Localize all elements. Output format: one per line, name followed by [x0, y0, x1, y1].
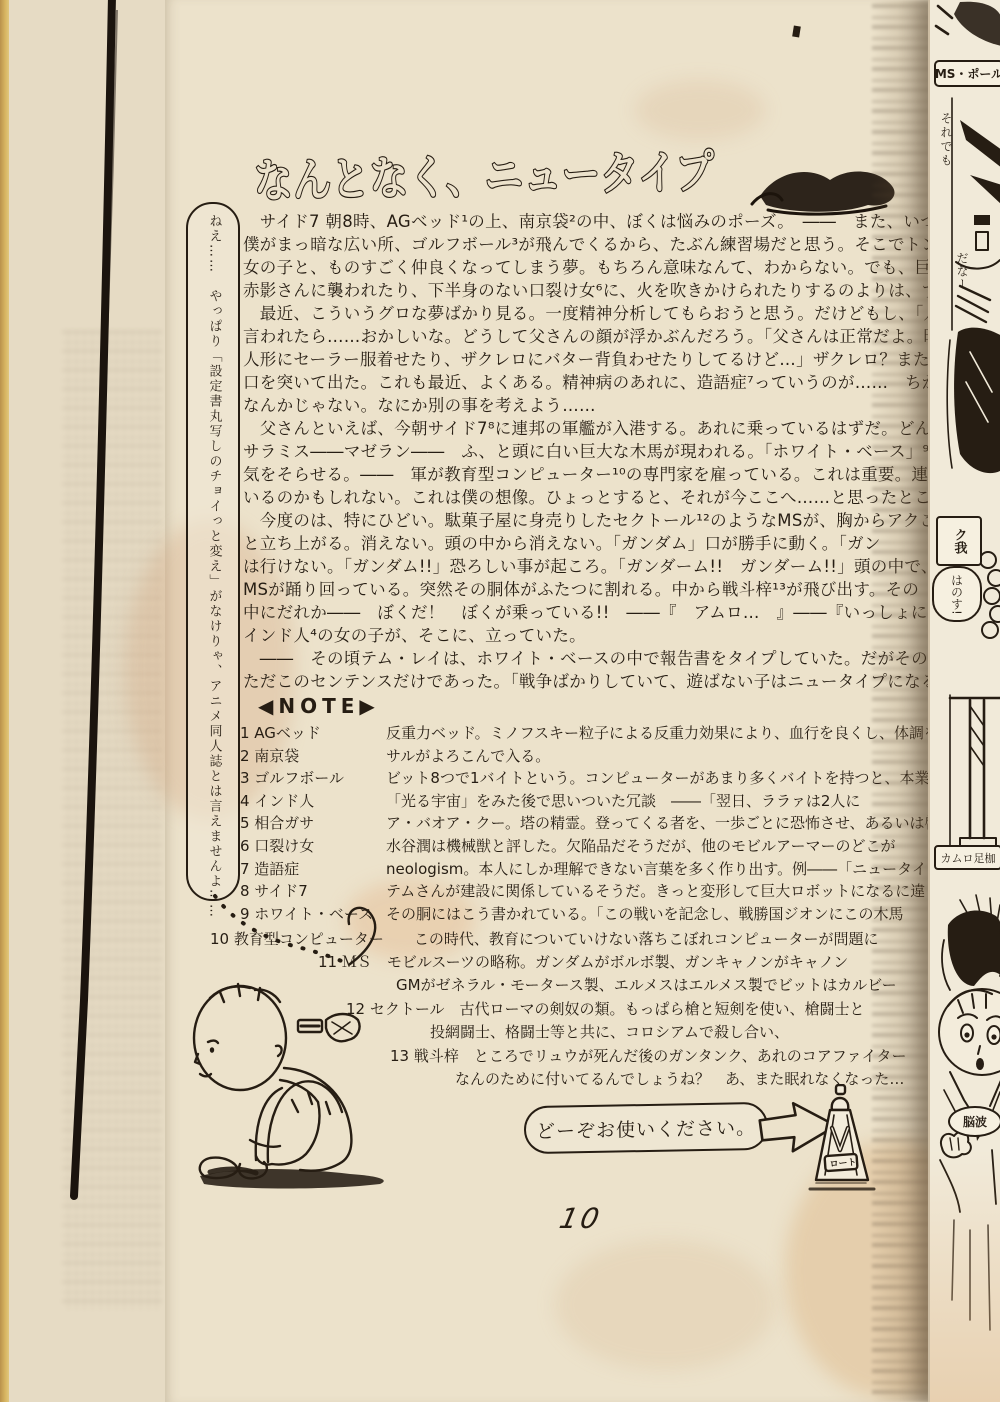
note-desc: サルがよろこんで入る。	[386, 745, 950, 768]
margin-note-bubble: ねえ…… やっぱり「設定書丸写しのチョイっと変え」がなけりゃ、アニメ同人誌とは言…	[186, 202, 240, 901]
note-row: 1 AGベッド 反重力ベッド。ミノフスキー粒子による反重力効果により、血行を良く…	[240, 722, 950, 745]
comic-speech-fragment-1: ク我	[936, 516, 982, 566]
body-line: MSが踊り回っている。突然その胴体がふたつに割れる。中から戦斗梓¹³が飛び出す。…	[243, 578, 945, 601]
body-line: 気をそらせる。―― 軍が教育型コンピューター¹⁰の専門家を雇っている。これは重要…	[243, 463, 945, 486]
note-row: 2 南京袋 サルがよろこんで入る。	[240, 745, 950, 768]
note-desc: neologism。本人にしか理解できない言葉を多く作り出す。例――「ニュータイ…	[386, 858, 950, 881]
sitting-boy-illustration	[180, 950, 430, 1195]
comic-caption-fragment: だなー	[954, 252, 971, 291]
body-line: と立ち上がる。消えない。頭の中から消えない。「ガンダム」口が勝手に動く。「ガン	[243, 532, 945, 555]
margin-note-text: ねえ…… やっぱり「設定書丸写しのチョイっと変え」がなけりゃ、アニメ同人誌とは言…	[206, 204, 221, 919]
body-line: 人形にセーラー服着せたり、ザクレロにバター背負わせたりしてるけど…」ザクレロ？ま…	[243, 348, 945, 371]
body-line: インド人⁴の女の子が、そこに、立っていた。	[243, 624, 945, 647]
note-desc: テムさんが建設に関係しているそうだ。きっと変形して巨大ロボットになるに違	[386, 880, 950, 903]
next-page-comic-edge: MS・ポール それでも だなー ク我 はのす! カムロ足枷 脳波	[928, 0, 1000, 1402]
eyedrop-bottle-illustration: ロート	[796, 1084, 888, 1196]
comic-panel-label-top: MS・ポール	[934, 60, 1000, 87]
comic-speech-text: ク我	[950, 528, 969, 554]
note-row: 6 口裂け女 水谷潤は機械獣と評した。欠陥品だそうだが、他のモビルアーマーのどこ…	[240, 835, 950, 858]
note-term: 4 インド人	[240, 790, 386, 813]
body-line: 今度のは、特にひどい。駄菓子屋に身売りしたセクトール¹²のようなMSが、胸からア…	[243, 509, 945, 532]
note-term: 1 AGベッド	[240, 722, 386, 745]
comic-caption-soredemo: それでも	[938, 112, 955, 168]
note-desc: ビット8つで1バイトという。コンピューターがあまり多くバイトを持つと、本業がおろ…	[386, 767, 950, 790]
body-line: 僕がまっ暗な広い所、ゴルフボール³が飛んでくるから、たぶん練習場だと思う。そこで…	[243, 233, 945, 256]
body-line: 女の子と、ものすごく仲良くなってしまう夢。もちろん意味なんて、わからない。でも、…	[243, 256, 945, 279]
note-desc: 反重力ベッド。ミノフスキー粒子による反重力効果により、血行を良くし、体調を整える…	[386, 722, 950, 745]
body-line: 赤影さんに襲われたり、下半身のない口裂け女⁶に、火を吹きかけられたりするのよりは…	[243, 279, 945, 302]
note-term: 6 口裂け女	[240, 835, 386, 858]
body-line: ―― その頃テム・レイは、ホワイト・ベースの中で報告書をタイプしていた。だがその…	[243, 647, 945, 670]
censor-scribble	[748, 158, 900, 218]
note-desc: 水谷潤は機械獣と評した。欠陥品だそうだが、他のモビルアーマーのどこが	[386, 835, 950, 858]
body-line: 中にだれか―― ぼくだ！ ぼくが乗っている!! ――『 アムロ… 』――『いっし…	[243, 601, 945, 624]
note-row: 7 造語症 neologism。本人にしか理解できない言葉を多く作り出す。例――…	[240, 858, 950, 881]
body-line: 言われたら……おかしいな。どうして父さんの顔が浮かぶんだろう。「父さんは正常だよ…	[243, 325, 945, 348]
comic-speech-text: はのす!	[949, 574, 966, 615]
comic-art	[930, 0, 1000, 1402]
note-desc: ア・バオア・クー。塔の精霊。登ってくる者を、一歩ごとに恐怖させ、あるいは啓	[386, 812, 950, 835]
body-line: 最近、こういうグロな夢ばかり見る。一度精神分析してもらおうと思う。だけどもし、「…	[243, 302, 945, 325]
page-title: なんとなく、ニュータイプ	[249, 131, 731, 219]
note-row: 4 インド人 「光る宇宙」をみた後で思いついた冗談 ――「翌日、ララァは2人に	[240, 790, 950, 813]
scanned-zine-page: なんとなく、ニュータイプ ねえ…… やっぱり「設定書丸写しのチョイっと変え」がな…	[0, 0, 1000, 1402]
body-line: ただこのセンテンスだけであった。「戦争ばかりしていて、遊ばない子はニュータイプに…	[243, 670, 945, 693]
comic-panel-label-bottom: カムロ足枷	[934, 845, 1000, 870]
comic-speech-fragment-2: はのす!	[932, 566, 982, 622]
note-line-13a: 13 戦斗梓 ところでリュウが死んだ後のガンタンク、あれのコアファイター	[390, 1045, 906, 1066]
page-number: 10	[556, 1202, 605, 1235]
speech-bubble-text: どーぞお使いください。	[536, 1113, 756, 1144]
note-term: 5 相合ガサ	[240, 812, 386, 835]
body-line: サラミス――マゼラン―― ふ、と頭に白い巨大な木馬が現われる。「ホワイト・ベース…	[243, 440, 945, 463]
comic-speech-fragment-3: 脳波	[948, 1106, 1000, 1137]
paper-stain	[555, 1240, 775, 1370]
note-desc: 「光る宇宙」をみた後で思いついた冗談 ――「翌日、ララァは2人に	[386, 790, 950, 813]
body-line: なんかじゃない。なにか別の事を考えよう……	[243, 394, 945, 417]
note-line-11b: GMがゼネラル・モータース製、エルメスはエルメス製でビットはカルビー	[396, 974, 897, 995]
note-row: 3 ゴルフボール ビット8つで1バイトという。コンピューターがあまり多くバイトを…	[240, 767, 950, 790]
note-term: 2 南京袋	[240, 745, 386, 768]
body-line: いるのかもしれない。これは僕の想像。ひょっとすると、それが今ここへ……と思ったと…	[243, 486, 945, 509]
body-line: は行けない。「ガンダム!!」恐ろしい事が起ころ。「ガンダーム!! ガンダーム!!…	[243, 555, 945, 578]
speech-bubble: どーぞお使いください。	[524, 1102, 769, 1154]
note-line-12b: 投網闘士、格闘士等と共に、コロシアムで殺し合い、	[430, 1021, 789, 1042]
note-desc: その胴にはこう書かれている。「この戦いを記念し、戦勝国ジオンにこの木馬	[386, 903, 950, 926]
note-term: 3 ゴルフボール	[240, 767, 386, 790]
body-line: 父さんといえば、今朝サイド7⁸に連邦の軍艦が入港する。あれに乗っているはずだ。ど…	[243, 417, 945, 440]
body-line: 口を突いて出た。これも最近、よくある。精神病のあれに、造語症⁷っていうのが…… …	[243, 371, 945, 394]
body-line: サイド7 朝8時、AGベッド¹の上、南京袋²の中、ぼくは悩みのポーズ。 ―― ま…	[243, 210, 945, 233]
body-text: サイド7 朝8時、AGベッド¹の上、南京袋²の中、ぼくは悩みのポーズ。 ―― ま…	[243, 210, 945, 698]
note-section-header: ◀NOTE▶	[258, 694, 380, 718]
page-title-text: なんとなく、ニュータイプ	[254, 144, 716, 208]
note-row: 5 相合ガサ ア・バオア・クー。塔の精霊。登ってくる者を、一歩ごとに恐怖させ、あ…	[240, 812, 950, 835]
note-term: 7 造語症	[240, 858, 386, 881]
